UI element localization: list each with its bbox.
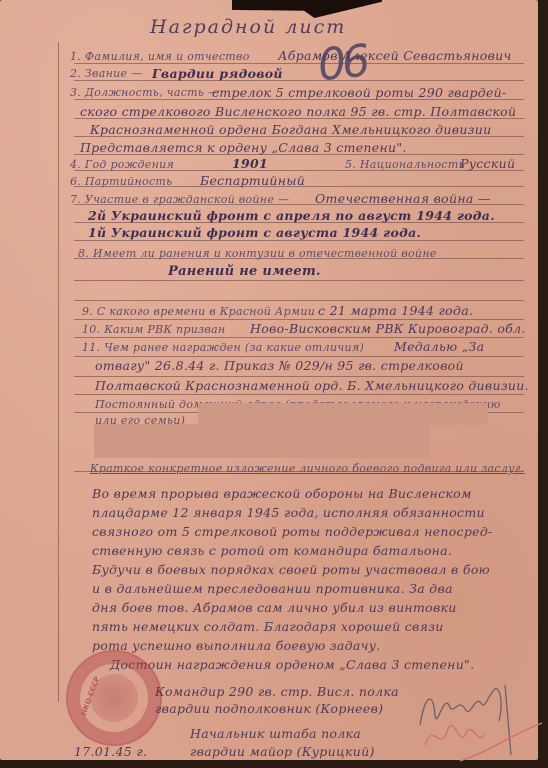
field-2-label: 2. Звание — — [70, 67, 142, 80]
field-4-value: 1901 — [232, 156, 268, 171]
chief-of-staff-name: гвардии майор (Курицкий) — [190, 744, 375, 759]
official-stamp: НКО-СССР — [66, 650, 162, 746]
redacted-address — [198, 403, 488, 425]
commander-name: гвардии подполковник (Корнеев) — [155, 701, 383, 716]
field-7-label: 7. Участие в гражданской войне — — [70, 193, 289, 206]
field-9-label: 9. С какого времени в Красной Армии — [82, 305, 315, 318]
document-title: Наградной лист — [150, 16, 346, 38]
field-8-label: 8. Имеет ли ранения и контузии в отечест… — [78, 247, 437, 260]
field-2-value: Гвардии рядовой — [152, 66, 283, 81]
narrative-line: Во время прорыва вражеской обороны на Ви… — [92, 486, 472, 501]
field-3-label: 3. Должность, часть — — [70, 86, 219, 99]
field-11-label: 11. Чем ранее награжден (за какие отличи… — [82, 341, 364, 354]
field-11-value-line-2: отвагу" 26.8.44 г. Приказ № 029/н 95 гв.… — [95, 358, 464, 373]
field-9-value: с 21 марта 1944 года. — [318, 303, 473, 318]
field-11-value-line-1: Медалью „За — [394, 339, 484, 354]
narrative-line: ственную связь с ротой от командира бата… — [92, 543, 452, 558]
field-1-label: 1. Фамилия, имя и отчество — [70, 50, 250, 63]
field-5-label: 5. Национальность — [345, 158, 465, 171]
field-3-value-line-2: ского стрелкового Висленского полка 95 г… — [80, 104, 516, 119]
narrative-line: дня боев тов. Абрамов сам лично убил из … — [92, 600, 457, 615]
field-6-value: Беспартийный — [200, 173, 305, 188]
redacted-address-2 — [94, 424, 430, 458]
field-1-value: Абрамов Алексей Севастьянович — [278, 48, 512, 63]
field-4-label: 4. Год рождения — [70, 158, 174, 171]
chief-of-staff-signature — [420, 705, 545, 765]
field-10-label: 10. Каким РВК призван — [82, 323, 226, 336]
field-3-value-line-3: Краснознаменной ордена Богдана Хмельницк… — [90, 122, 492, 137]
field-7-value-line-3: 1й Украинский фронт с августа 1944 года. — [88, 225, 421, 240]
field-10-value: Ново-Висковским РВК Кировоград. обл. — [250, 321, 526, 336]
narrative-heading: Краткое конкретное изложение личного бое… — [90, 462, 525, 475]
field-3-value-line-1: стрелок 5 стрелковой роты 290 гвардей- — [212, 85, 507, 100]
narrative-line: и в дальнейшем преследовании противника.… — [92, 581, 453, 596]
narrative-line: Достоин награждения орденом „Слава 3 сте… — [110, 657, 474, 672]
margin-line — [58, 42, 59, 702]
narrative-line: пять немецких солдат. Благодаря хорошей … — [92, 619, 444, 634]
field-6-label: 6. Партийность — [70, 175, 172, 188]
field-7-value-line-2: 2й Украинский фронт с апреля по август 1… — [88, 208, 495, 223]
document-date: 17.01.45 г. — [74, 744, 147, 759]
field-11-value-line-3: Полтавской Краснознаменной орд. Б. Хмель… — [95, 378, 529, 393]
field-5-value: Русский — [460, 156, 515, 171]
field-8-value: Ранений не имеет. — [168, 264, 321, 279]
narrative-line: плацдарме 12 января 1945 года, исполняя … — [92, 505, 485, 520]
field-3-value-line-4: Представляется к ордену „Слава 3 степени… — [80, 140, 407, 155]
scan-border-right — [538, 0, 548, 768]
narrative-line: рота успешно выполнила боевую задачу. — [92, 638, 381, 653]
chief-of-staff-title: Начальник штаба полка — [190, 726, 361, 741]
narrative-line: Будучи в боевых порядках своей роты учас… — [92, 562, 490, 577]
narrative-line: связного от 5 стрелковой роты поддержива… — [92, 524, 493, 539]
field-7-value-line-1: Отечественная война — — [315, 191, 491, 206]
commander-title: Командир 290 гв. стр. Висл. полка — [155, 684, 399, 699]
